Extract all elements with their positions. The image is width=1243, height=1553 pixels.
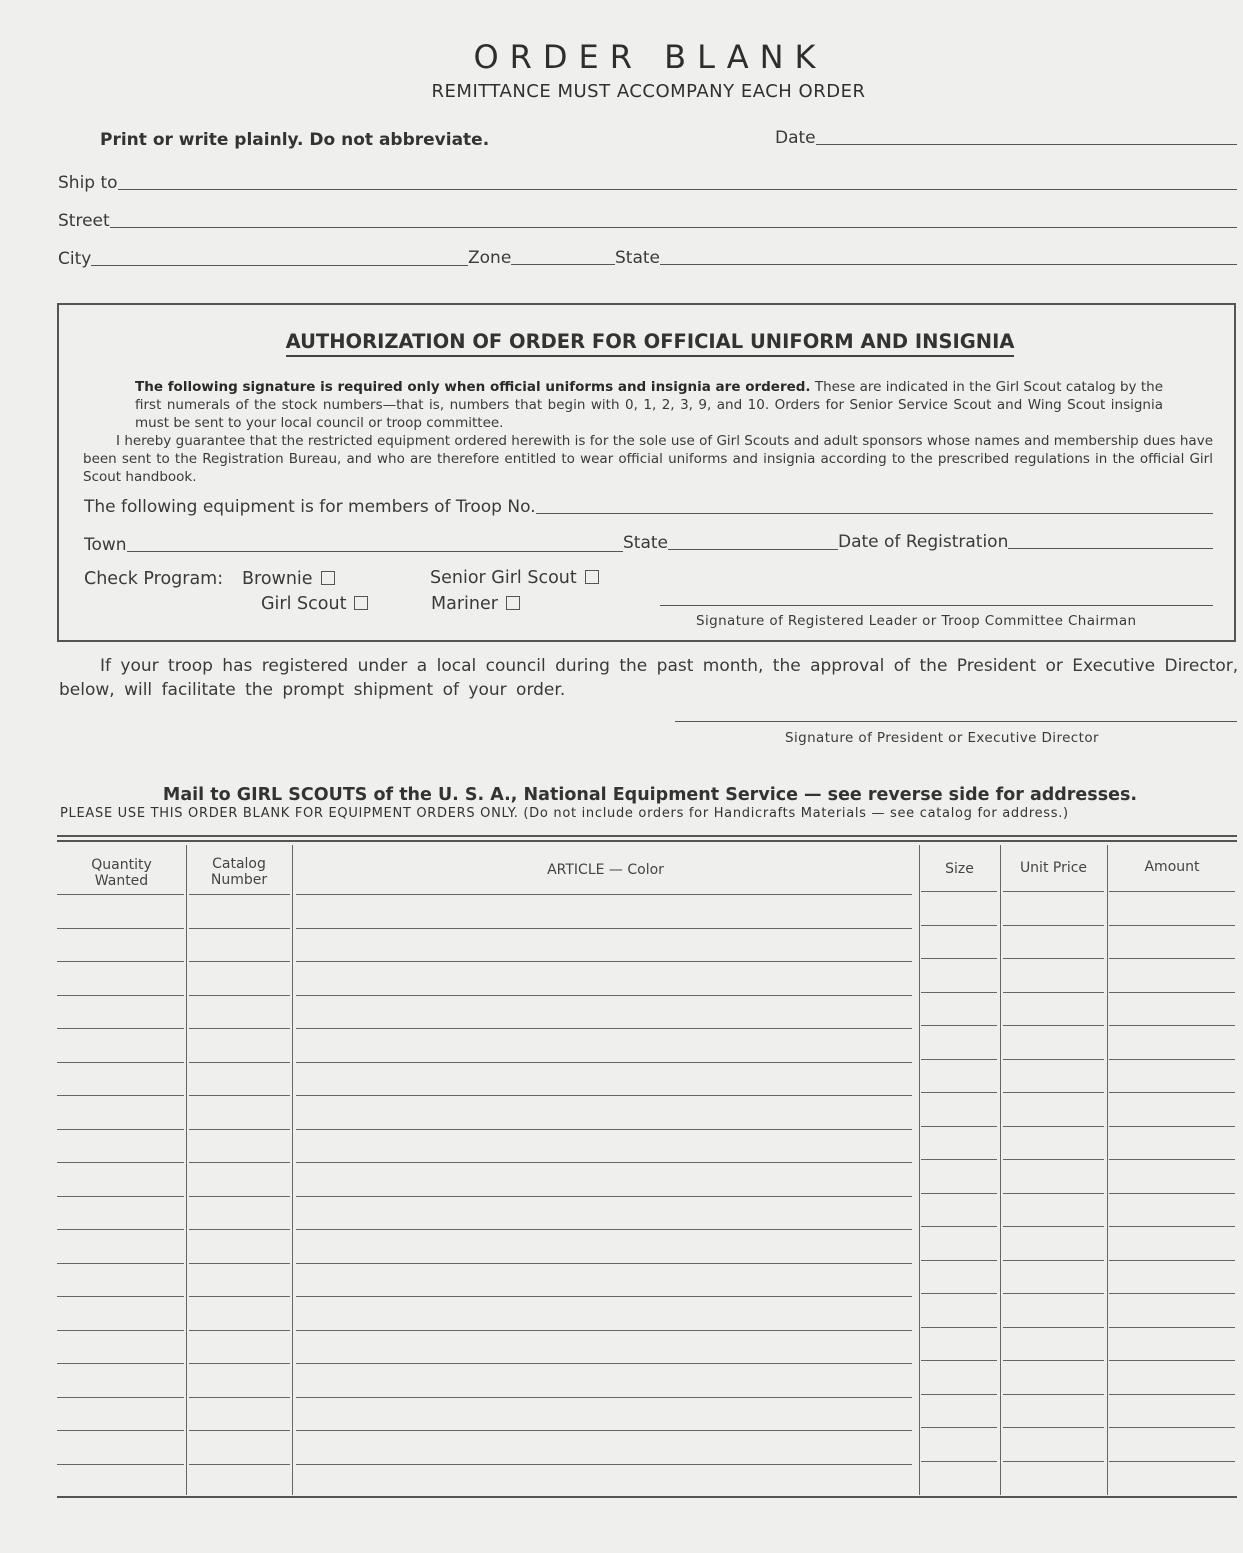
table-cell-amount[interactable] bbox=[1109, 1092, 1235, 1093]
authorization-title: AUTHORIZATION OF ORDER FOR OFFICIAL UNIF… bbox=[0, 330, 1243, 353]
column-divider bbox=[1000, 845, 1001, 1495]
council-paragraph: If your troop has registered under a loc… bbox=[59, 654, 1241, 702]
auth-state-field[interactable]: State bbox=[623, 533, 838, 553]
table-cell-catalog[interactable] bbox=[189, 1330, 290, 1331]
table-cell-amount[interactable] bbox=[1109, 992, 1235, 993]
table-cell-quantity[interactable] bbox=[57, 1162, 184, 1163]
column-header-article: ARTICLE — Color bbox=[292, 862, 919, 878]
table-cell-article[interactable] bbox=[296, 1229, 912, 1230]
date-field[interactable]: Date bbox=[775, 128, 1237, 148]
president-signature-line[interactable] bbox=[675, 721, 1237, 722]
table-cell-unit_price[interactable] bbox=[1003, 992, 1104, 993]
table-cell-size[interactable] bbox=[921, 1461, 997, 1462]
street-label: Street bbox=[58, 211, 110, 231]
ship-to-label: Ship to bbox=[58, 173, 118, 193]
table-cell-catalog[interactable] bbox=[189, 1363, 290, 1364]
table-cell-amount[interactable] bbox=[1109, 1159, 1235, 1160]
table-cell-catalog[interactable] bbox=[189, 1129, 290, 1130]
table-cell-amount[interactable] bbox=[1109, 1394, 1235, 1395]
brownie-label: Brownie bbox=[242, 569, 313, 589]
table-cell-catalog[interactable] bbox=[189, 1430, 290, 1431]
table-cell-size[interactable] bbox=[921, 891, 997, 892]
troop-number-input-line[interactable] bbox=[536, 499, 1213, 514]
column-divider bbox=[1107, 845, 1108, 1495]
table-cell-quantity[interactable] bbox=[57, 1062, 184, 1063]
city-input-line[interactable] bbox=[91, 251, 468, 266]
table-cell-size[interactable] bbox=[921, 992, 997, 993]
table-cell-quantity[interactable] bbox=[57, 1229, 184, 1230]
table-cell-catalog[interactable] bbox=[189, 1464, 290, 1465]
table-cell-catalog[interactable] bbox=[189, 928, 290, 929]
table-cell-article[interactable] bbox=[296, 1363, 912, 1364]
table-cell-catalog[interactable] bbox=[189, 1062, 290, 1063]
column-divider bbox=[919, 845, 920, 1495]
table-cell-size[interactable] bbox=[921, 1360, 997, 1361]
mariner-label: Mariner bbox=[431, 594, 498, 614]
table-cell-quantity[interactable] bbox=[57, 1330, 184, 1331]
column-divider bbox=[186, 845, 187, 1495]
table-cell-catalog[interactable] bbox=[189, 1095, 290, 1096]
table-cell-unit_price[interactable] bbox=[1003, 1394, 1104, 1395]
column-header-unit-price: Unit Price bbox=[1000, 860, 1107, 876]
table-cell-article[interactable] bbox=[296, 894, 912, 895]
table-cell-article[interactable] bbox=[296, 928, 912, 929]
table-cell-amount[interactable] bbox=[1109, 1327, 1235, 1328]
table-cell-quantity[interactable] bbox=[57, 1129, 184, 1130]
authorization-paragraph-2: I hereby guarantee that the restricted e… bbox=[83, 432, 1213, 486]
table-cell-article[interactable] bbox=[296, 961, 912, 962]
table-cell-article[interactable] bbox=[296, 1196, 912, 1197]
table-cell-amount[interactable] bbox=[1109, 1226, 1235, 1227]
president-signature-caption: Signature of President or Executive Dire… bbox=[785, 730, 1099, 746]
zone-label: Zone bbox=[468, 248, 511, 268]
state-input-line[interactable] bbox=[660, 250, 1237, 265]
table-cell-catalog[interactable] bbox=[189, 961, 290, 962]
auth-state-input-line[interactable] bbox=[668, 535, 838, 550]
ship-to-input-line[interactable] bbox=[118, 175, 1237, 190]
authorization-paragraph-1: The following signature is required only… bbox=[135, 378, 1163, 432]
table-cell-size[interactable] bbox=[921, 1394, 997, 1395]
table-cell-amount[interactable] bbox=[1109, 1260, 1235, 1261]
table-cell-quantity[interactable] bbox=[57, 1363, 184, 1364]
table-cell-unit_price[interactable] bbox=[1003, 1059, 1104, 1060]
auth-state-label: State bbox=[623, 533, 668, 553]
leader-signature-line[interactable] bbox=[660, 605, 1213, 606]
table-cell-amount[interactable] bbox=[1109, 1293, 1235, 1294]
town-input-line[interactable] bbox=[127, 537, 623, 552]
table-cell-article[interactable] bbox=[296, 1430, 912, 1431]
column-header-quantity: Quantity Wanted bbox=[57, 857, 186, 889]
table-cell-catalog[interactable] bbox=[189, 1397, 290, 1398]
page-subtitle: REMITTANCE MUST ACCOMPANY EACH ORDER bbox=[0, 81, 1243, 102]
table-cell-unit_price[interactable] bbox=[1003, 1092, 1104, 1093]
table-top-border-2 bbox=[57, 840, 1237, 842]
state-label: State bbox=[615, 248, 660, 268]
table-cell-size[interactable] bbox=[921, 1126, 997, 1127]
table-cell-amount[interactable] bbox=[1109, 925, 1235, 926]
brownie-checkbox[interactable] bbox=[321, 571, 335, 585]
table-cell-article[interactable] bbox=[296, 1129, 912, 1130]
table-cell-catalog[interactable] bbox=[189, 995, 290, 996]
senior-girl-scout-label: Senior Girl Scout bbox=[430, 568, 577, 588]
table-cell-quantity[interactable] bbox=[57, 995, 184, 996]
table-cell-size[interactable] bbox=[921, 1226, 997, 1227]
table-cell-size[interactable] bbox=[921, 1327, 997, 1328]
mariner-checkbox[interactable] bbox=[506, 596, 520, 610]
leader-signature-caption: Signature of Registered Leader or Troop … bbox=[696, 613, 1136, 629]
table-cell-size[interactable] bbox=[921, 1260, 997, 1261]
table-cell-size[interactable] bbox=[921, 958, 997, 959]
table-cell-amount[interactable] bbox=[1109, 1427, 1235, 1428]
table-cell-catalog[interactable] bbox=[189, 1296, 290, 1297]
table-cell-article[interactable] bbox=[296, 1330, 912, 1331]
column-divider bbox=[292, 845, 293, 1495]
authorization-paragraph-1-bold: The following signature is required only… bbox=[135, 379, 811, 395]
table-cell-unit_price[interactable] bbox=[1003, 925, 1104, 926]
street-input-line[interactable] bbox=[110, 213, 1237, 228]
table-cell-size[interactable] bbox=[921, 1092, 997, 1093]
table-cell-quantity[interactable] bbox=[57, 1430, 184, 1431]
table-cell-article[interactable] bbox=[296, 1028, 912, 1029]
table-cell-amount[interactable] bbox=[1109, 1461, 1235, 1462]
table-cell-amount[interactable] bbox=[1109, 958, 1235, 959]
table-cell-unit_price[interactable] bbox=[1003, 958, 1104, 959]
table-cell-size[interactable] bbox=[921, 1193, 997, 1194]
column-header-catalog: Catalog Number bbox=[186, 856, 292, 888]
town-label: Town bbox=[84, 535, 127, 555]
check-program-label: Check Program: bbox=[84, 569, 223, 589]
table-cell-article[interactable] bbox=[296, 1263, 912, 1264]
table-cell-size[interactable] bbox=[921, 1059, 997, 1060]
table-cell-catalog[interactable] bbox=[189, 894, 290, 895]
table-cell-unit_price[interactable] bbox=[1003, 1360, 1104, 1361]
table-cell-unit_price[interactable] bbox=[1003, 891, 1104, 892]
brownie-option[interactable]: Brownie bbox=[242, 569, 335, 589]
column-header-amount: Amount bbox=[1107, 859, 1237, 875]
table-cell-catalog[interactable] bbox=[189, 1196, 290, 1197]
table-cell-article[interactable] bbox=[296, 1162, 912, 1163]
table-cell-amount[interactable] bbox=[1109, 1059, 1235, 1060]
state-field[interactable]: State bbox=[615, 248, 1237, 268]
table-cell-article[interactable] bbox=[296, 1464, 912, 1465]
table-cell-quantity[interactable] bbox=[57, 1028, 184, 1029]
table-cell-size[interactable] bbox=[921, 1159, 997, 1160]
table-cell-unit_price[interactable] bbox=[1003, 1025, 1104, 1026]
table-cell-article[interactable] bbox=[296, 1397, 912, 1398]
page-title: ORDER BLANK bbox=[0, 38, 1243, 76]
table-cell-size[interactable] bbox=[921, 1293, 997, 1294]
table-cell-unit_price[interactable] bbox=[1003, 1461, 1104, 1462]
table-cell-unit_price[interactable] bbox=[1003, 1159, 1104, 1160]
date-label: Date bbox=[775, 128, 816, 148]
table-cell-quantity[interactable] bbox=[57, 1296, 184, 1297]
table-cell-catalog[interactable] bbox=[189, 1263, 290, 1264]
table-cell-amount[interactable] bbox=[1109, 1025, 1235, 1026]
table-cell-unit_price[interactable] bbox=[1003, 1293, 1104, 1294]
table-cell-quantity[interactable] bbox=[57, 1196, 184, 1197]
table-cell-quantity[interactable] bbox=[57, 1397, 184, 1398]
table-top-border bbox=[57, 835, 1237, 837]
table-cell-unit_price[interactable] bbox=[1003, 1427, 1104, 1428]
table-cell-article[interactable] bbox=[296, 1095, 912, 1096]
please-use-text: PLEASE USE THIS ORDER BLANK FOR EQUIPMEN… bbox=[60, 806, 1069, 821]
senior-girl-scout-checkbox[interactable] bbox=[585, 570, 599, 584]
table-cell-size[interactable] bbox=[921, 1427, 997, 1428]
date-of-registration-field[interactable]: Date of Registration bbox=[838, 532, 1213, 552]
table-cell-quantity[interactable] bbox=[57, 961, 184, 962]
mail-to-text: Mail to GIRL SCOUTS of the U. S. A., Nat… bbox=[0, 785, 1243, 805]
table-cell-article[interactable] bbox=[296, 1062, 912, 1063]
troop-number-field[interactable]: The following equipment is for members o… bbox=[84, 497, 1213, 517]
street-field[interactable]: Street bbox=[58, 211, 1237, 231]
column-header-size: Size bbox=[919, 861, 1000, 877]
table-cell-unit_price[interactable] bbox=[1003, 1327, 1104, 1328]
table-cell-amount[interactable] bbox=[1109, 1193, 1235, 1194]
girl-scout-label: Girl Scout bbox=[261, 594, 346, 614]
table-cell-catalog[interactable] bbox=[189, 1229, 290, 1230]
table-cell-size[interactable] bbox=[921, 925, 997, 926]
table-cell-unit_price[interactable] bbox=[1003, 1260, 1104, 1261]
table-cell-quantity[interactable] bbox=[57, 1464, 184, 1465]
troop-number-label: The following equipment is for members o… bbox=[84, 497, 536, 517]
girl-scout-option[interactable]: Girl Scout bbox=[261, 594, 368, 614]
senior-girl-scout-option[interactable]: Senior Girl Scout bbox=[430, 568, 599, 588]
table-cell-quantity[interactable] bbox=[57, 928, 184, 929]
table-cell-article[interactable] bbox=[296, 995, 912, 996]
table-cell-quantity[interactable] bbox=[57, 894, 184, 895]
table-cell-size[interactable] bbox=[921, 1025, 997, 1026]
table-cell-quantity[interactable] bbox=[57, 1095, 184, 1096]
instructions-text: Print or write plainly. Do not abbreviat… bbox=[100, 130, 489, 150]
table-cell-unit_price[interactable] bbox=[1003, 1226, 1104, 1227]
town-field[interactable]: Town bbox=[84, 535, 623, 555]
mariner-option[interactable]: Mariner bbox=[431, 594, 520, 614]
ship-to-field[interactable]: Ship to bbox=[58, 173, 1237, 193]
table-cell-unit_price[interactable] bbox=[1003, 1126, 1104, 1127]
city-label: City bbox=[58, 249, 91, 269]
table-cell-unit_price[interactable] bbox=[1003, 1193, 1104, 1194]
zone-field[interactable]: Zone bbox=[468, 248, 615, 268]
date-input-line[interactable] bbox=[816, 130, 1237, 145]
table-cell-catalog[interactable] bbox=[189, 1162, 290, 1163]
city-field[interactable]: City bbox=[58, 249, 468, 269]
table-cell-catalog[interactable] bbox=[189, 1028, 290, 1029]
table-cell-amount[interactable] bbox=[1109, 1126, 1235, 1127]
table-cell-amount[interactable] bbox=[1109, 1360, 1235, 1361]
girl-scout-checkbox[interactable] bbox=[354, 596, 368, 610]
table-cell-article[interactable] bbox=[296, 1296, 912, 1297]
table-cell-amount[interactable] bbox=[1109, 891, 1235, 892]
date-of-registration-label: Date of Registration bbox=[838, 532, 1008, 552]
table-bottom-border bbox=[57, 1496, 1237, 1498]
table-cell-quantity[interactable] bbox=[57, 1263, 184, 1264]
date-of-registration-input-line[interactable] bbox=[1008, 534, 1213, 549]
zone-input-line[interactable] bbox=[511, 250, 615, 265]
